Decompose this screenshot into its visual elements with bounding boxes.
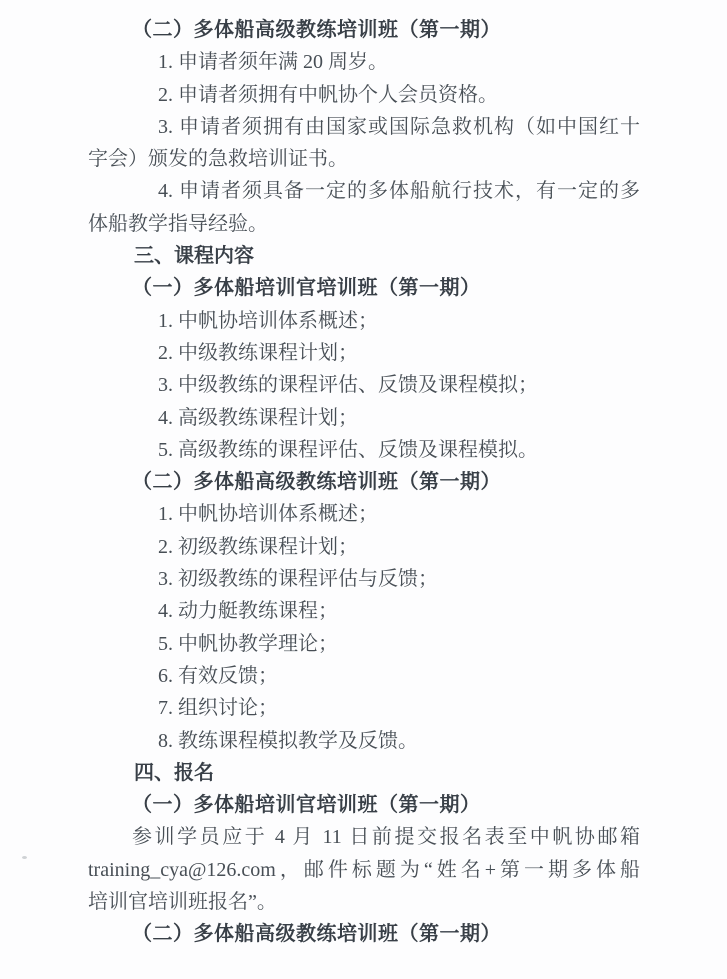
list-item-requirement-4: 4. 申请者须具备一定的多体船航行技术，有一定的多: [88, 175, 640, 207]
subsection-heading-advanced-coach-class-courses: （二）多体船高级教练培训班（第一期）: [88, 466, 640, 498]
scanned-document-page: （二）多体船高级教练培训班（第一期） 1. 申请者须年满 20 周岁。 2. 申…: [0, 0, 727, 979]
list-item-adv-course-6: 6. 有效反馈；: [88, 660, 640, 692]
list-item-requirement-2: 2. 申请者须拥有中帆协个人会员资格。: [88, 79, 640, 111]
scan-speck-artifact: [22, 856, 27, 859]
subsection-heading-trainer-class: （一）多体船培训官培训班（第一期）: [88, 272, 640, 304]
paragraph-registration-instructions: 参训学员应于 4 月 11 日前提交报名表至中帆协邮箱: [88, 821, 640, 853]
list-item-adv-course-2: 2. 初级教练课程计划；: [88, 531, 640, 563]
subsection-heading-trainer-class-registration: （一）多体船培训官培训班（第一期）: [88, 789, 640, 821]
paragraph-registration-instructions-end: 培训官培训班报名”。: [88, 886, 640, 918]
document-body: （二）多体船高级教练培训班（第一期） 1. 申请者须年满 20 周岁。 2. 申…: [88, 14, 640, 951]
list-item-course-4: 4. 高级教练课程计划；: [88, 402, 640, 434]
list-item-adv-course-8: 8. 教练课程模拟教学及反馈。: [88, 725, 640, 757]
section-heading-registration: 四、报名: [88, 757, 640, 789]
list-item-course-5: 5. 高级教练的课程评估、反馈及课程模拟。: [88, 434, 640, 466]
list-item-course-2: 2. 中级教练课程计划；: [88, 337, 640, 369]
list-item-requirement-3: 3. 申请者须拥有由国家或国际急救机构（如中国红十: [88, 111, 640, 143]
list-item-requirement-1: 1. 申请者须年满 20 周岁。: [88, 46, 640, 78]
list-item-requirement-4-continued: 体船教学指导经验。: [88, 208, 640, 240]
list-item-adv-course-1: 1. 中帆协培训体系概述；: [88, 498, 640, 530]
list-item-course-1: 1. 中帆协培训体系概述；: [88, 305, 640, 337]
paragraph-registration-email: training_cya@126.com，邮件标题为“姓名+第一期多体船: [88, 854, 640, 886]
list-item-course-3: 3. 中级教练的课程评估、反馈及课程模拟；: [88, 369, 640, 401]
subsection-heading-advanced-coach-class-registration: （二）多体船高级教练培训班（第一期）: [88, 918, 640, 950]
list-item-adv-course-3: 3. 初级教练的课程评估与反馈；: [88, 563, 640, 595]
list-item-requirement-3-continued: 字会）颁发的急救培训证书。: [88, 143, 640, 175]
list-item-adv-course-5: 5. 中帆协教学理论；: [88, 628, 640, 660]
list-item-adv-course-4: 4. 动力艇教练课程；: [88, 595, 640, 627]
list-item-adv-course-7: 7. 组织讨论；: [88, 692, 640, 724]
section-heading-course-content: 三、课程内容: [88, 240, 640, 272]
subsection-heading-advanced-coach-class: （二）多体船高级教练培训班（第一期）: [88, 14, 640, 46]
